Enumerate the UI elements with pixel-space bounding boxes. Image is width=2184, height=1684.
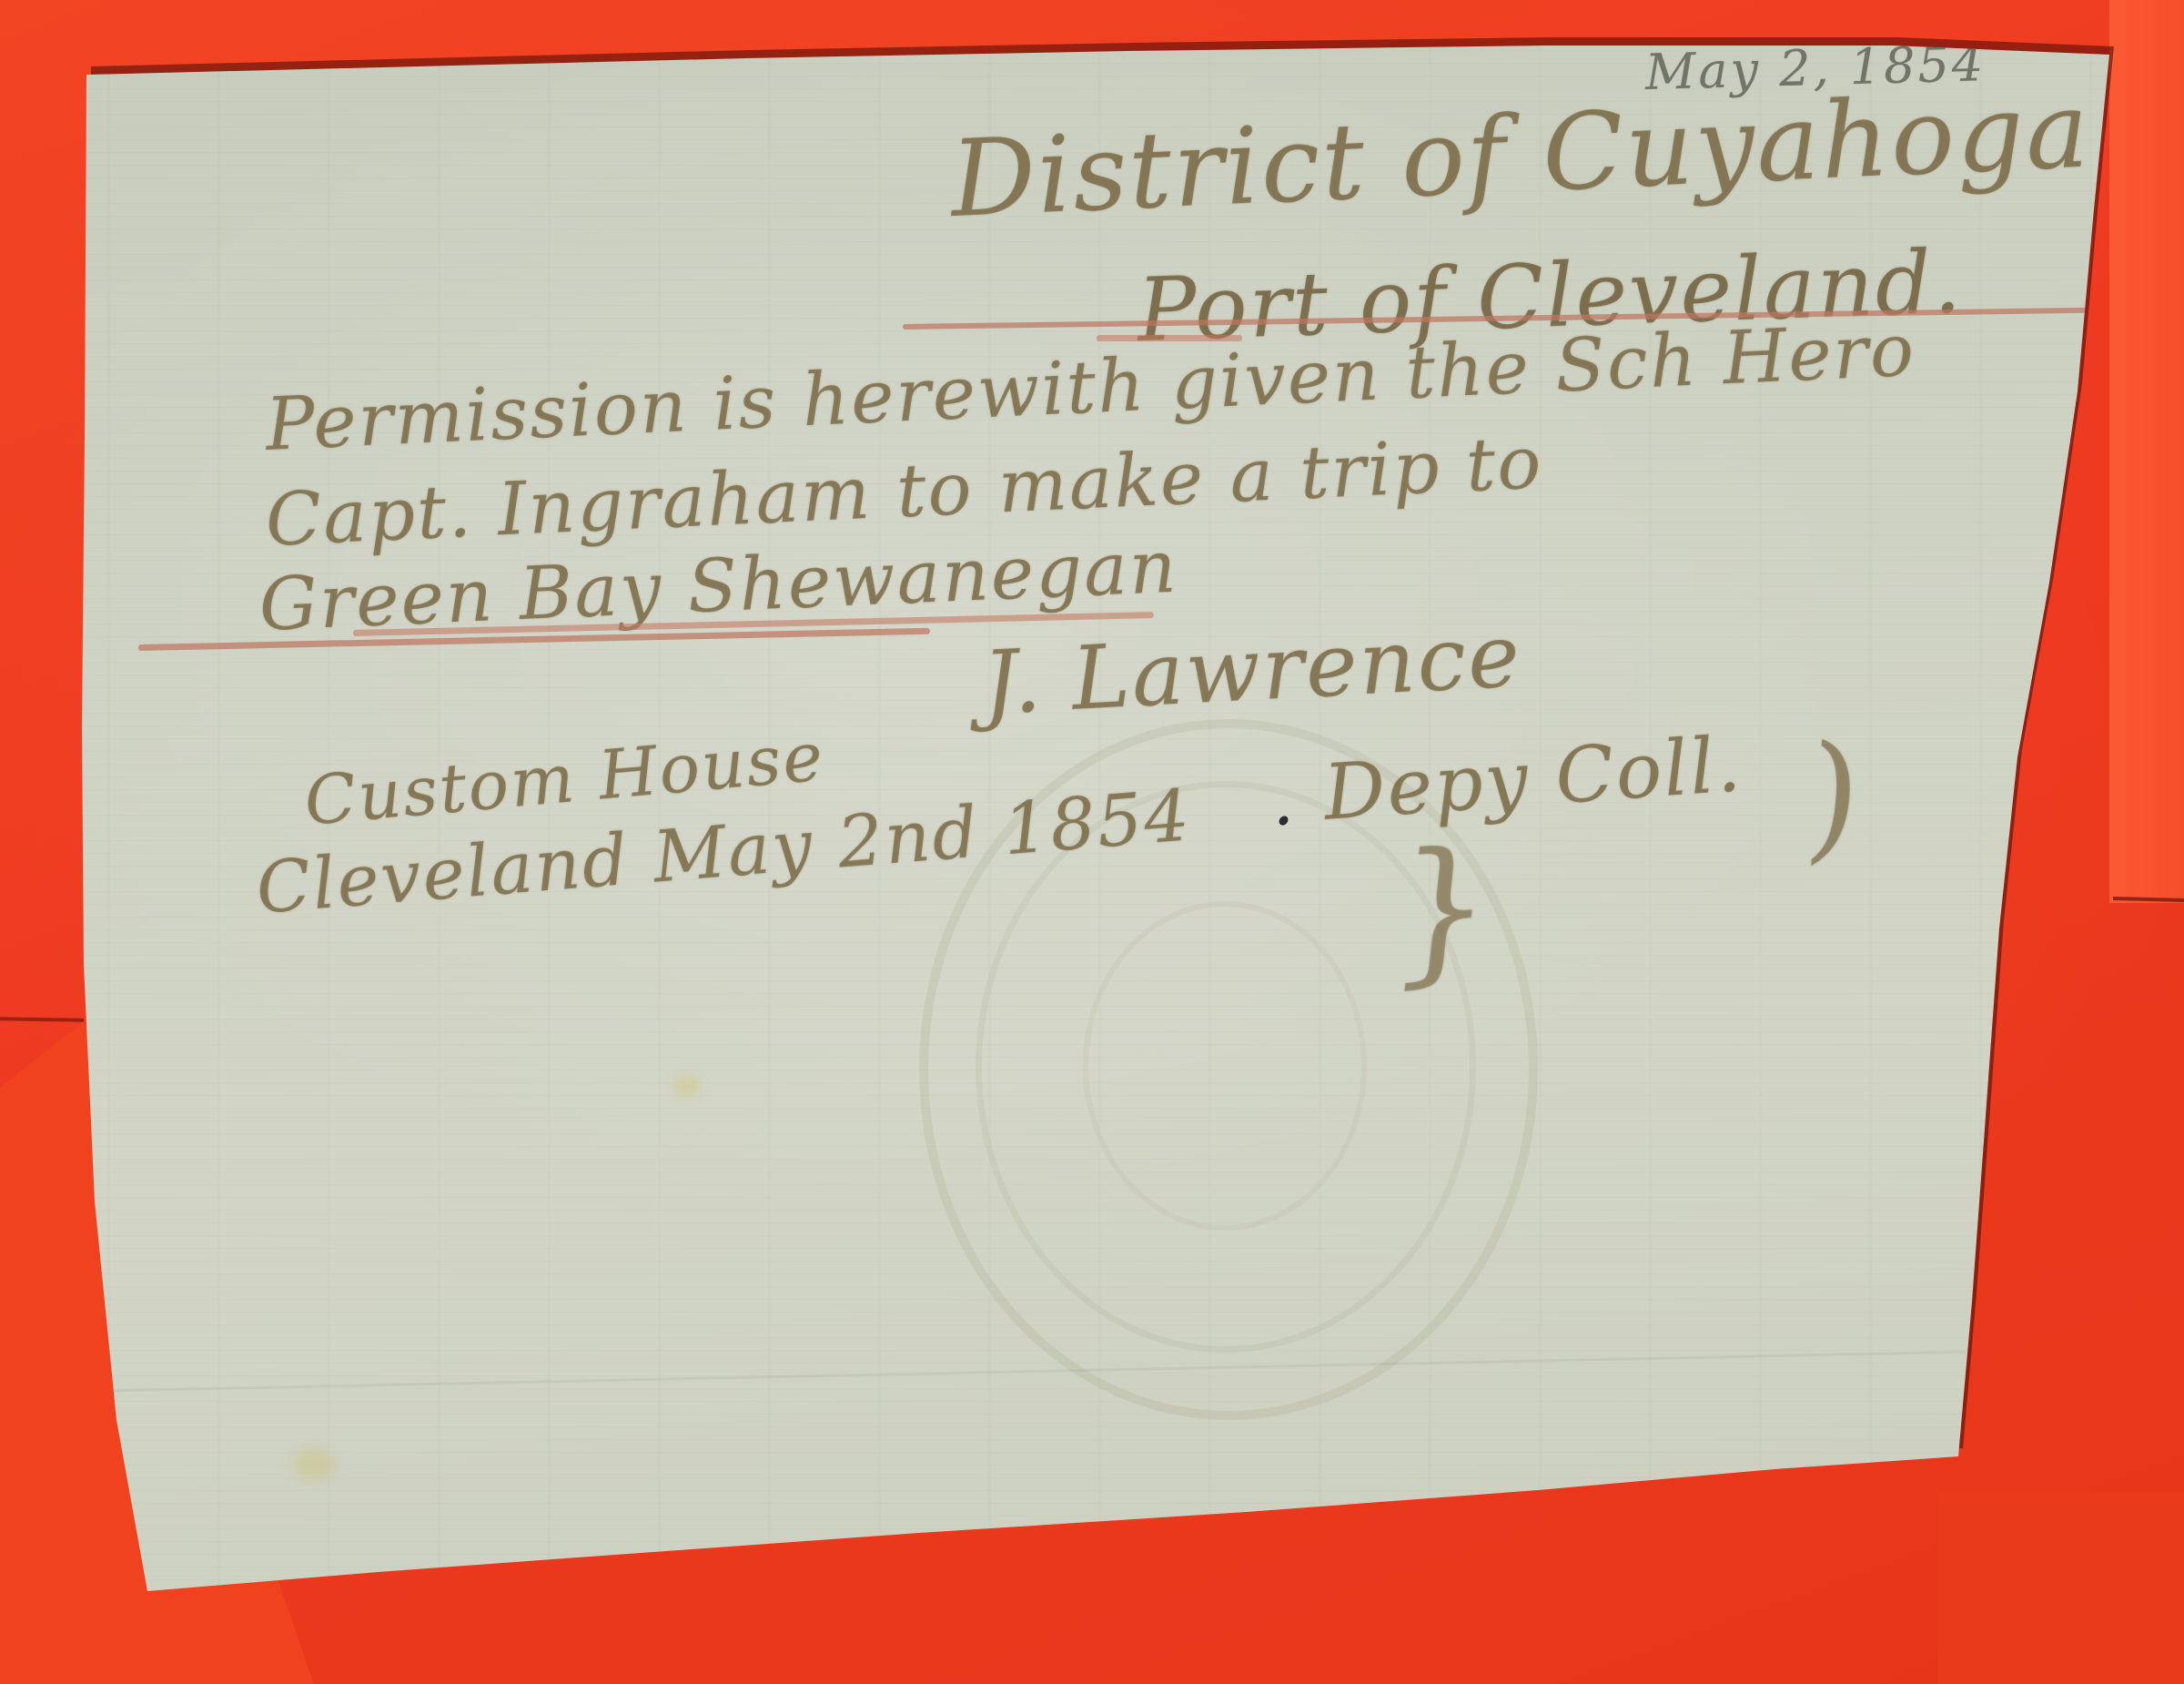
- footer-brace-flourish: }: [1384, 816, 1500, 1004]
- red-backing-right-sheet: [2109, 0, 2184, 903]
- photo-of-document: May 2, 1854 District of Cuyahoga Port of…: [0, 0, 2184, 1684]
- embossed-seal-core: [1083, 901, 1367, 1231]
- document-sheet: May 2, 1854 District of Cuyahoga Port of…: [0, 0, 2184, 1684]
- paper-stain: [293, 1449, 335, 1480]
- paper-stain: [673, 1074, 701, 1098]
- red-backing-bottom-right-sheet: [1938, 1493, 2184, 1684]
